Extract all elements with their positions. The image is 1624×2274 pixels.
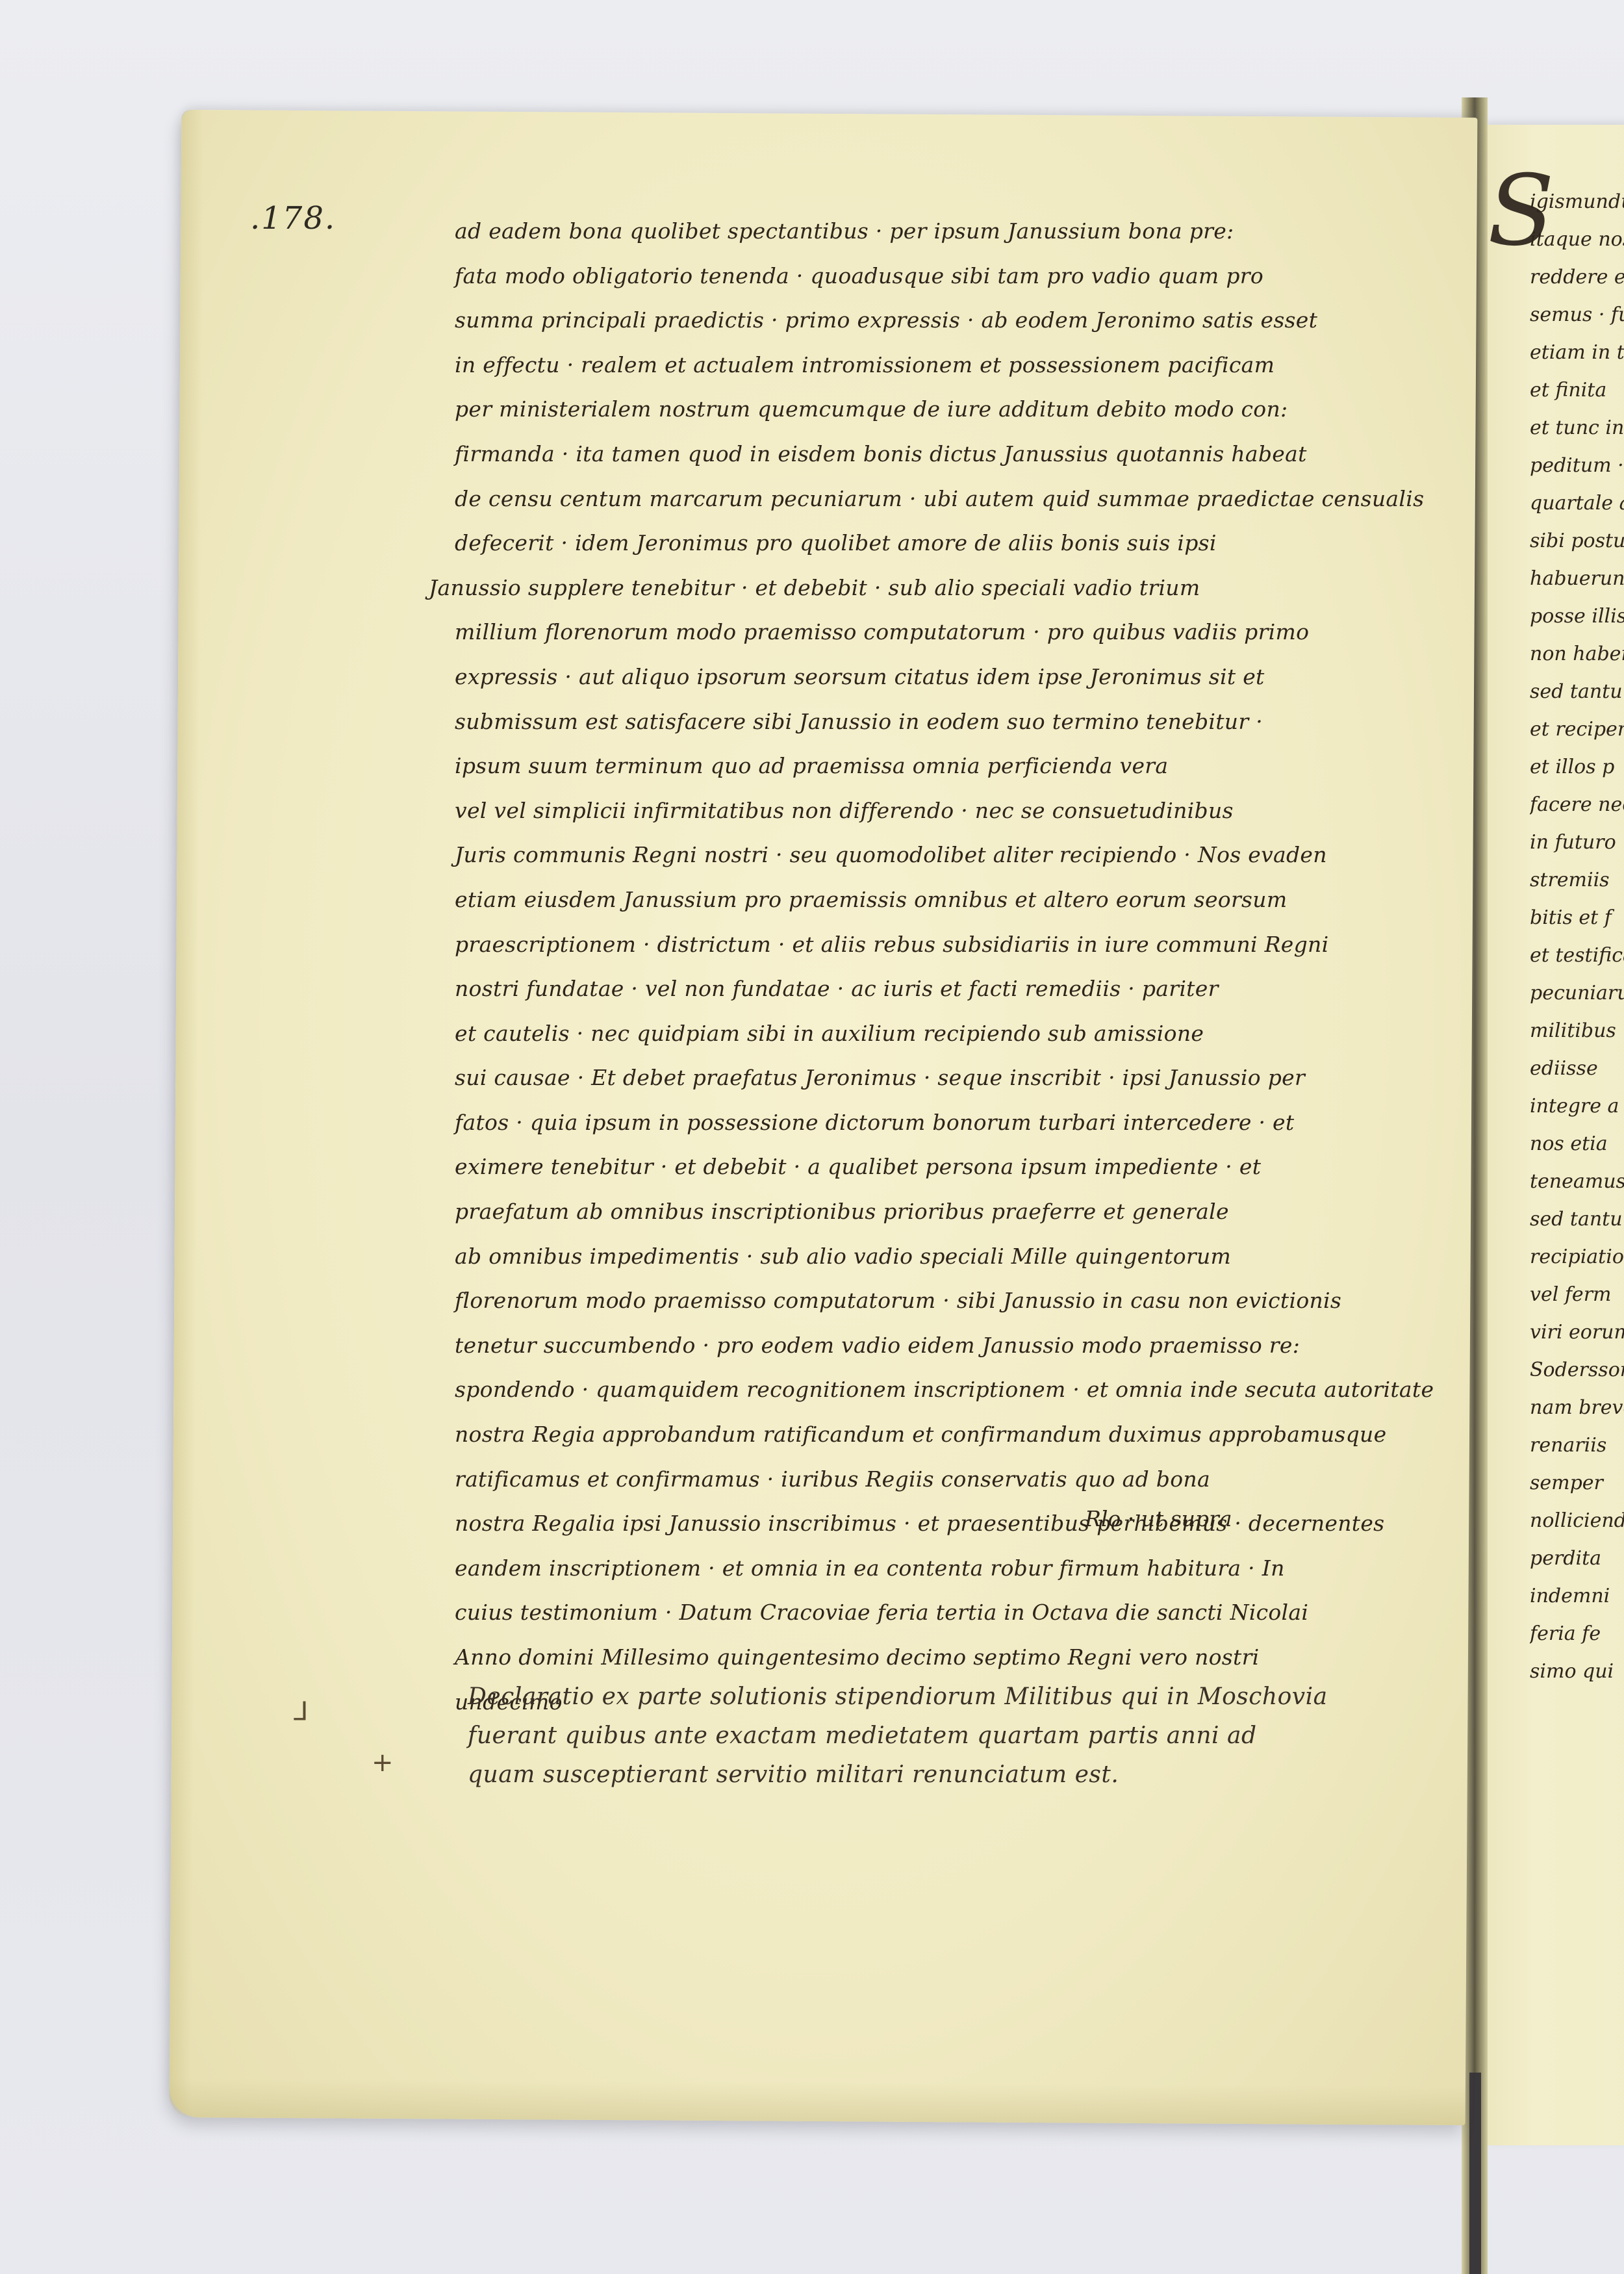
section-heading: Declaratio ex parte solutionis stipendio…	[468, 1678, 1410, 1795]
recto-line: et testifica	[1530, 937, 1624, 975]
margin-cross-icon: +	[372, 1748, 394, 1778]
text-line: de censu centum marcarum pecuniarum · ub…	[455, 477, 1416, 522]
text-line: expressis · aut aliquo ipsorum seorsum c…	[455, 655, 1416, 700]
recto-line: semper	[1530, 1464, 1624, 1502]
text-line: cuius testimonium · Datum Cracoviae feri…	[455, 1591, 1416, 1635]
text-line: defecerit · idem Jeronimus pro quolibet …	[455, 521, 1416, 566]
text-line: eandem inscriptionem · et omnia in ea co…	[455, 1546, 1416, 1591]
text-line: ad eadem bona quolibet spectantibus · pe…	[455, 209, 1416, 254]
text-line: spondendo · quamquidem recognitionem ins…	[455, 1368, 1416, 1412]
recto-line: simo qui	[1530, 1653, 1624, 1691]
recto-line: pecuniarum	[1530, 975, 1624, 1012]
recto-line: in futuro	[1530, 824, 1624, 862]
recto-line: indemni	[1530, 1578, 1624, 1615]
recto-line: teneamus ob	[1530, 1163, 1624, 1201]
heading-line: quam susceptierant servitio militari ren…	[468, 1756, 1410, 1795]
recto-line: non habemus	[1530, 635, 1624, 673]
closing-note: Rlo · ut supra	[1085, 1506, 1232, 1531]
text-line: ab omnibus impedimentis · sub alio vadio…	[455, 1234, 1416, 1279]
text-line: millium florenorum modo praemisso comput…	[455, 610, 1416, 655]
recto-line: et illos p	[1530, 748, 1624, 786]
recto-line: nos etia	[1530, 1125, 1624, 1163]
recto-line: integre a	[1530, 1088, 1624, 1125]
text-line: summa principali praedictis · primo expr…	[455, 298, 1416, 343]
text-line: praefatum ab omnibus inscriptionibus pri…	[455, 1190, 1416, 1234]
recto-line: nam breve	[1530, 1389, 1624, 1427]
recto-line: nolliciend	[1530, 1502, 1624, 1540]
recto-line: reddere et	[1530, 259, 1624, 296]
recto-line: itaque nostri	[1530, 221, 1624, 259]
recto-line: sibi postul	[1530, 522, 1624, 560]
text-line: Janussio supplere tenebitur · et debebit…	[429, 566, 1416, 611]
text-line: in effectu · realem et actualem intromis…	[455, 343, 1416, 388]
recto-line: igismundus	[1530, 183, 1624, 221]
recto-line: perdita	[1530, 1540, 1624, 1578]
recto-line: posse illis	[1530, 598, 1624, 635]
recto-line: semus · fuis	[1530, 296, 1624, 334]
folio-number: .178.	[250, 200, 336, 236]
text-line: ratificamus et confirmamus · iuribus Reg…	[455, 1457, 1416, 1502]
recto-text: igismundus itaque nostri reddere et semu…	[1530, 183, 1624, 1691]
recto-line: bitis et f	[1530, 899, 1624, 937]
recto-line: et tunc indu	[1530, 409, 1624, 447]
recto-line: stremiis	[1530, 862, 1624, 899]
recto-line: militibus	[1530, 1012, 1624, 1050]
recto-line: facere nec	[1530, 786, 1624, 824]
recto-line: recipiatione	[1530, 1238, 1624, 1276]
text-line: sui causae · Et debet praefatus Jeronimu…	[455, 1056, 1416, 1101]
text-line: et cautelis · nec quidpiam sibi in auxil…	[455, 1012, 1416, 1056]
recto-line: Soderssor	[1530, 1351, 1624, 1389]
text-line: Anno domini Millesimo quingentesimo deci…	[455, 1635, 1416, 1680]
text-line: Juris communis Regni nostri · seu quomod…	[455, 833, 1416, 878]
margin-mark-icon: ᒧ	[292, 1697, 308, 1727]
recto-line: et recipere	[1530, 711, 1624, 748]
text-line: submissum est satisfacere sibi Janussio …	[455, 700, 1416, 745]
text-line: nostra Regia approbandum ratificandum et…	[455, 1412, 1416, 1457]
recto-line: feria fe	[1530, 1615, 1624, 1653]
text-line: per ministerialem nostrum quemcumque de …	[455, 387, 1416, 432]
gutter-shadow	[1469, 2073, 1481, 2274]
recto-line: etiam in to	[1530, 334, 1624, 372]
text-line: vel vel simplicii infirmitatibus non dif…	[455, 789, 1416, 834]
recto-line: viri eorum	[1530, 1314, 1624, 1351]
text-line: florenorum modo praemisso computatorum ·…	[455, 1279, 1416, 1323]
text-line: etiam eiusdem Janussium pro praemissis o…	[455, 878, 1416, 923]
text-line: nostra Regalia ipsi Janussio inscribimus…	[455, 1501, 1416, 1546]
recto-line: quartale an	[1530, 485, 1624, 522]
recto-line: sed tantu	[1530, 673, 1624, 711]
heading-line: Declaratio ex parte solutionis stipendio…	[468, 1678, 1410, 1717]
recto-line: et finita	[1530, 372, 1624, 409]
text-line: praescriptionem · districtum · et aliis …	[455, 923, 1416, 967]
text-line: fata modo obligatorio tenenda · quoadusq…	[455, 254, 1416, 299]
text-line: tenetur succumbendo · pro eodem vadio ei…	[455, 1323, 1416, 1368]
text-line: eximere tenebitur · et debebit · a quali…	[455, 1145, 1416, 1190]
text-line: nostri fundatae · vel non fundatae · ac …	[455, 967, 1416, 1012]
heading-line: fuerant quibus ante exactam medietatem q…	[468, 1717, 1410, 1756]
recto-line: renariis	[1530, 1427, 1624, 1464]
text-line: fatos · quia ipsum in possessione dictor…	[455, 1101, 1416, 1145]
manuscript-body: ad eadem bona quolibet spectantibus · pe…	[455, 209, 1416, 1724]
recto-line: habuerunt	[1530, 560, 1624, 598]
text-line: ipsum suum terminum quo ad praemissa omn…	[455, 744, 1416, 789]
recto-line: peditum · qu	[1530, 447, 1624, 485]
recto-line: sed tantu	[1530, 1201, 1624, 1238]
recto-line: vel ferm	[1530, 1276, 1624, 1314]
recto-line: ediisse	[1530, 1050, 1624, 1088]
text-line: firmanda · ita tamen quod in eisdem boni…	[455, 432, 1416, 477]
